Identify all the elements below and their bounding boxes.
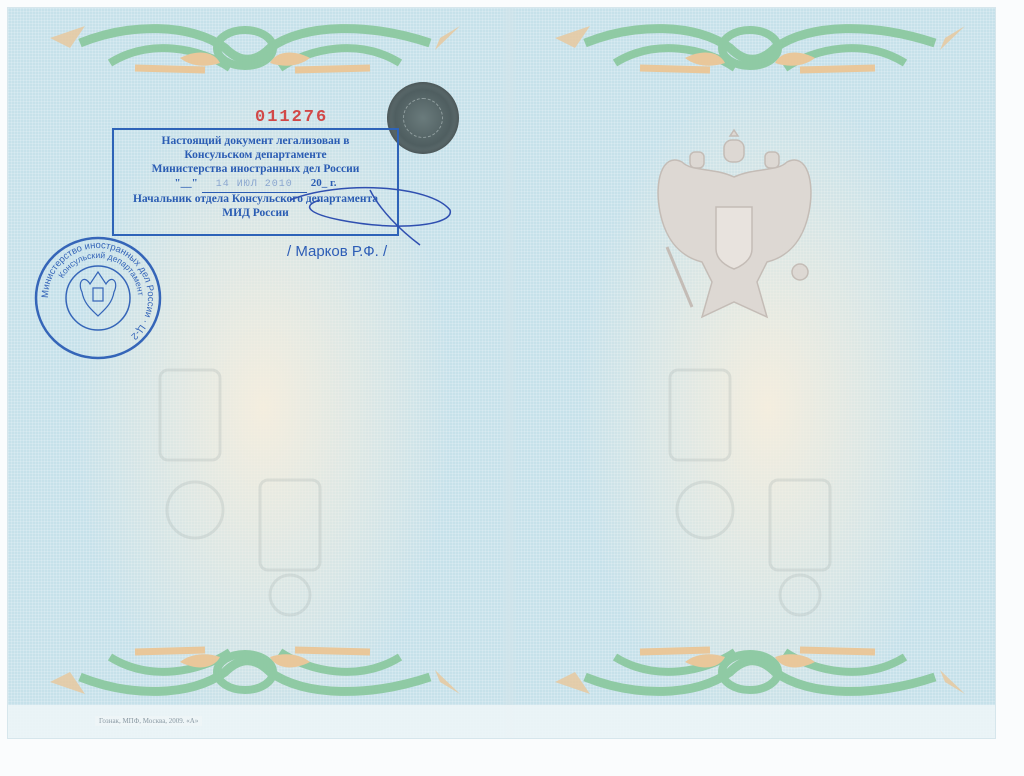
- watermark-pattern-right: [660, 360, 860, 625]
- stamp-line-2: Консульском департаменте: [114, 148, 397, 162]
- center-fold: [500, 8, 518, 738]
- top-left-ornament: [40, 18, 470, 80]
- bottom-left-ornament: [40, 640, 470, 702]
- print-line: Гознак, МПФ, Москва, 2009. «А»: [95, 716, 202, 726]
- serial-number: 011276: [255, 108, 328, 127]
- stamp-date-prefix: "__": [175, 176, 198, 190]
- round-seal: Министерство иностранных дел России · Ц-…: [32, 232, 164, 364]
- signatory-name: / Марков Р.Ф. /: [287, 243, 387, 260]
- watermark-pattern-left: [150, 360, 350, 625]
- russian-coat-of-arms-icon: [652, 122, 817, 332]
- stamp-line-1: Настоящий документ легализован в: [114, 134, 397, 148]
- top-right-ornament: [545, 18, 975, 80]
- bottom-right-ornament: [545, 640, 975, 702]
